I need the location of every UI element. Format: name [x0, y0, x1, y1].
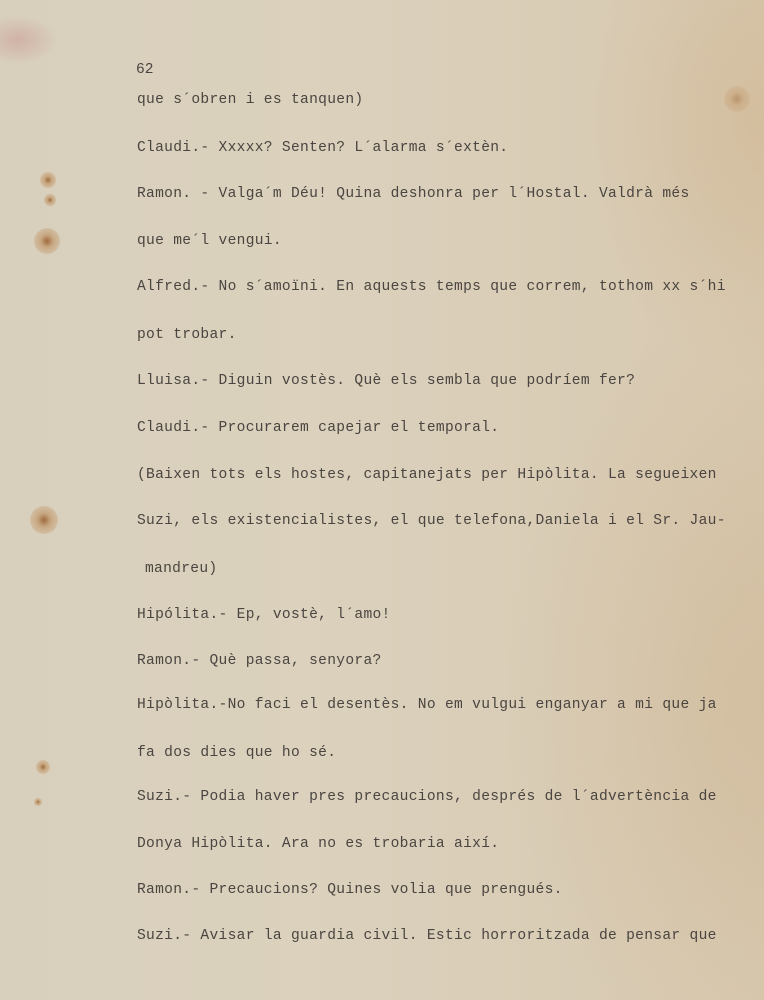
text-line: Ramon. - Valga´m Déu! Quina deshonra per…	[137, 187, 690, 202]
text-line: Suzi.- Podia haver pres precaucions, des…	[137, 790, 717, 805]
text-line: Hipólita.- Ep, vostè, l´amo!	[137, 608, 391, 623]
text-line: Claudi.- Procurarem capejar el temporal.	[137, 421, 499, 436]
rust-stain	[30, 506, 58, 534]
text-line: Ramon.- Precaucions? Quines volia que pr…	[137, 883, 563, 898]
text-line: Claudi.- Xxxxx? Senten? L´alarma s´extèn…	[137, 141, 508, 156]
text-line: fa dos dies que ho sé.	[137, 746, 336, 761]
stage-direction-line: (Baixen tots els hostes, capitanejats pe…	[137, 468, 717, 483]
rust-stain	[36, 760, 50, 774]
rust-stain	[34, 228, 60, 254]
text-line: pot trobar.	[137, 328, 237, 343]
stage-direction-line: mandreu)	[145, 562, 217, 577]
page-number: 62	[136, 62, 154, 78]
text-line: que me´l vengui.	[137, 234, 282, 249]
rust-stain	[40, 172, 56, 188]
rust-stain	[34, 798, 42, 806]
typewritten-page: 62 que s´obren i es tanquen) Claudi.- Xx…	[0, 0, 764, 1000]
text-line: que s´obren i es tanquen)	[137, 93, 363, 108]
rust-stain	[44, 194, 56, 206]
text-line: Donya Hipòlita. Ara no es trobaria així.	[137, 837, 499, 852]
text-line: Alfred.- No s´amoïni. En aquests temps q…	[137, 280, 726, 295]
text-line: Ramon.- Què passa, senyora?	[137, 654, 382, 669]
stage-direction-line: Suzi, els existencialistes, el que telef…	[137, 514, 726, 529]
text-line: Suzi.- Avisar la guardia civil. Estic ho…	[137, 929, 717, 944]
text-line: Lluisa.- Diguin vostès. Què els sembla q…	[137, 374, 635, 389]
rust-stain	[724, 86, 750, 112]
text-line: Hipòlita.-No faci el desentès. No em vul…	[137, 698, 717, 713]
